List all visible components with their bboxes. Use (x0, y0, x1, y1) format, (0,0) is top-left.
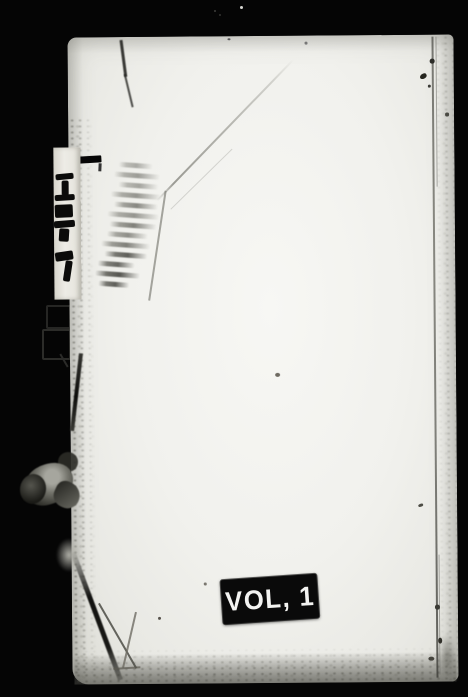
ink-offset-smudge (92, 156, 174, 311)
smudge-row (114, 202, 158, 210)
seal-outline-small (46, 305, 71, 329)
scan-photograph: { "scene": { "type": "scanned book volum… (0, 0, 468, 697)
page-speck (418, 503, 424, 507)
seal-outline-large (42, 329, 71, 360)
character-stroke (54, 220, 75, 229)
page-speck (158, 617, 161, 620)
page-speck (305, 42, 308, 45)
character-stroke (59, 228, 70, 242)
smudge-row (104, 251, 147, 259)
smudge-row (98, 261, 135, 269)
smudge-row (119, 162, 153, 169)
book-page: VOL, 1 (67, 34, 458, 684)
smudge-row (109, 221, 156, 229)
page-speck (227, 38, 230, 40)
smudge-row (111, 191, 161, 200)
smudge-row (114, 172, 160, 180)
smudge-row (107, 231, 148, 239)
volume-label-text: VOL, 1 (224, 580, 316, 617)
character-stroke (55, 173, 73, 181)
smudge-row (118, 182, 158, 190)
page-speck (428, 657, 434, 661)
page-squiggle (419, 72, 427, 80)
smudge-row (107, 211, 159, 220)
smudge-row (98, 281, 129, 288)
smudge-row (101, 241, 150, 249)
edge-highlight-spot (56, 538, 82, 572)
page-speck (430, 59, 435, 64)
volume-label: VOL, 1 (220, 574, 319, 625)
dust-speck-white (240, 6, 243, 9)
page-speck (428, 85, 431, 88)
character-stroke (63, 260, 73, 282)
character-stroke (55, 194, 75, 201)
smudge-row (95, 270, 140, 278)
page-speck (204, 582, 207, 585)
page-speck (275, 373, 280, 377)
crease-top-left (119, 40, 126, 77)
dust-speck (214, 10, 216, 12)
spine-label-strip (53, 147, 81, 299)
binding-ribbon (20, 452, 84, 530)
dust-speck (219, 14, 221, 16)
character-stroke (55, 204, 74, 218)
crease-top-left (124, 74, 134, 108)
crease-diagonal (156, 58, 294, 201)
page-speck (438, 638, 442, 644)
page-speck (445, 113, 449, 117)
crease-diagonal-faint (170, 149, 232, 210)
page-speck (435, 605, 440, 610)
